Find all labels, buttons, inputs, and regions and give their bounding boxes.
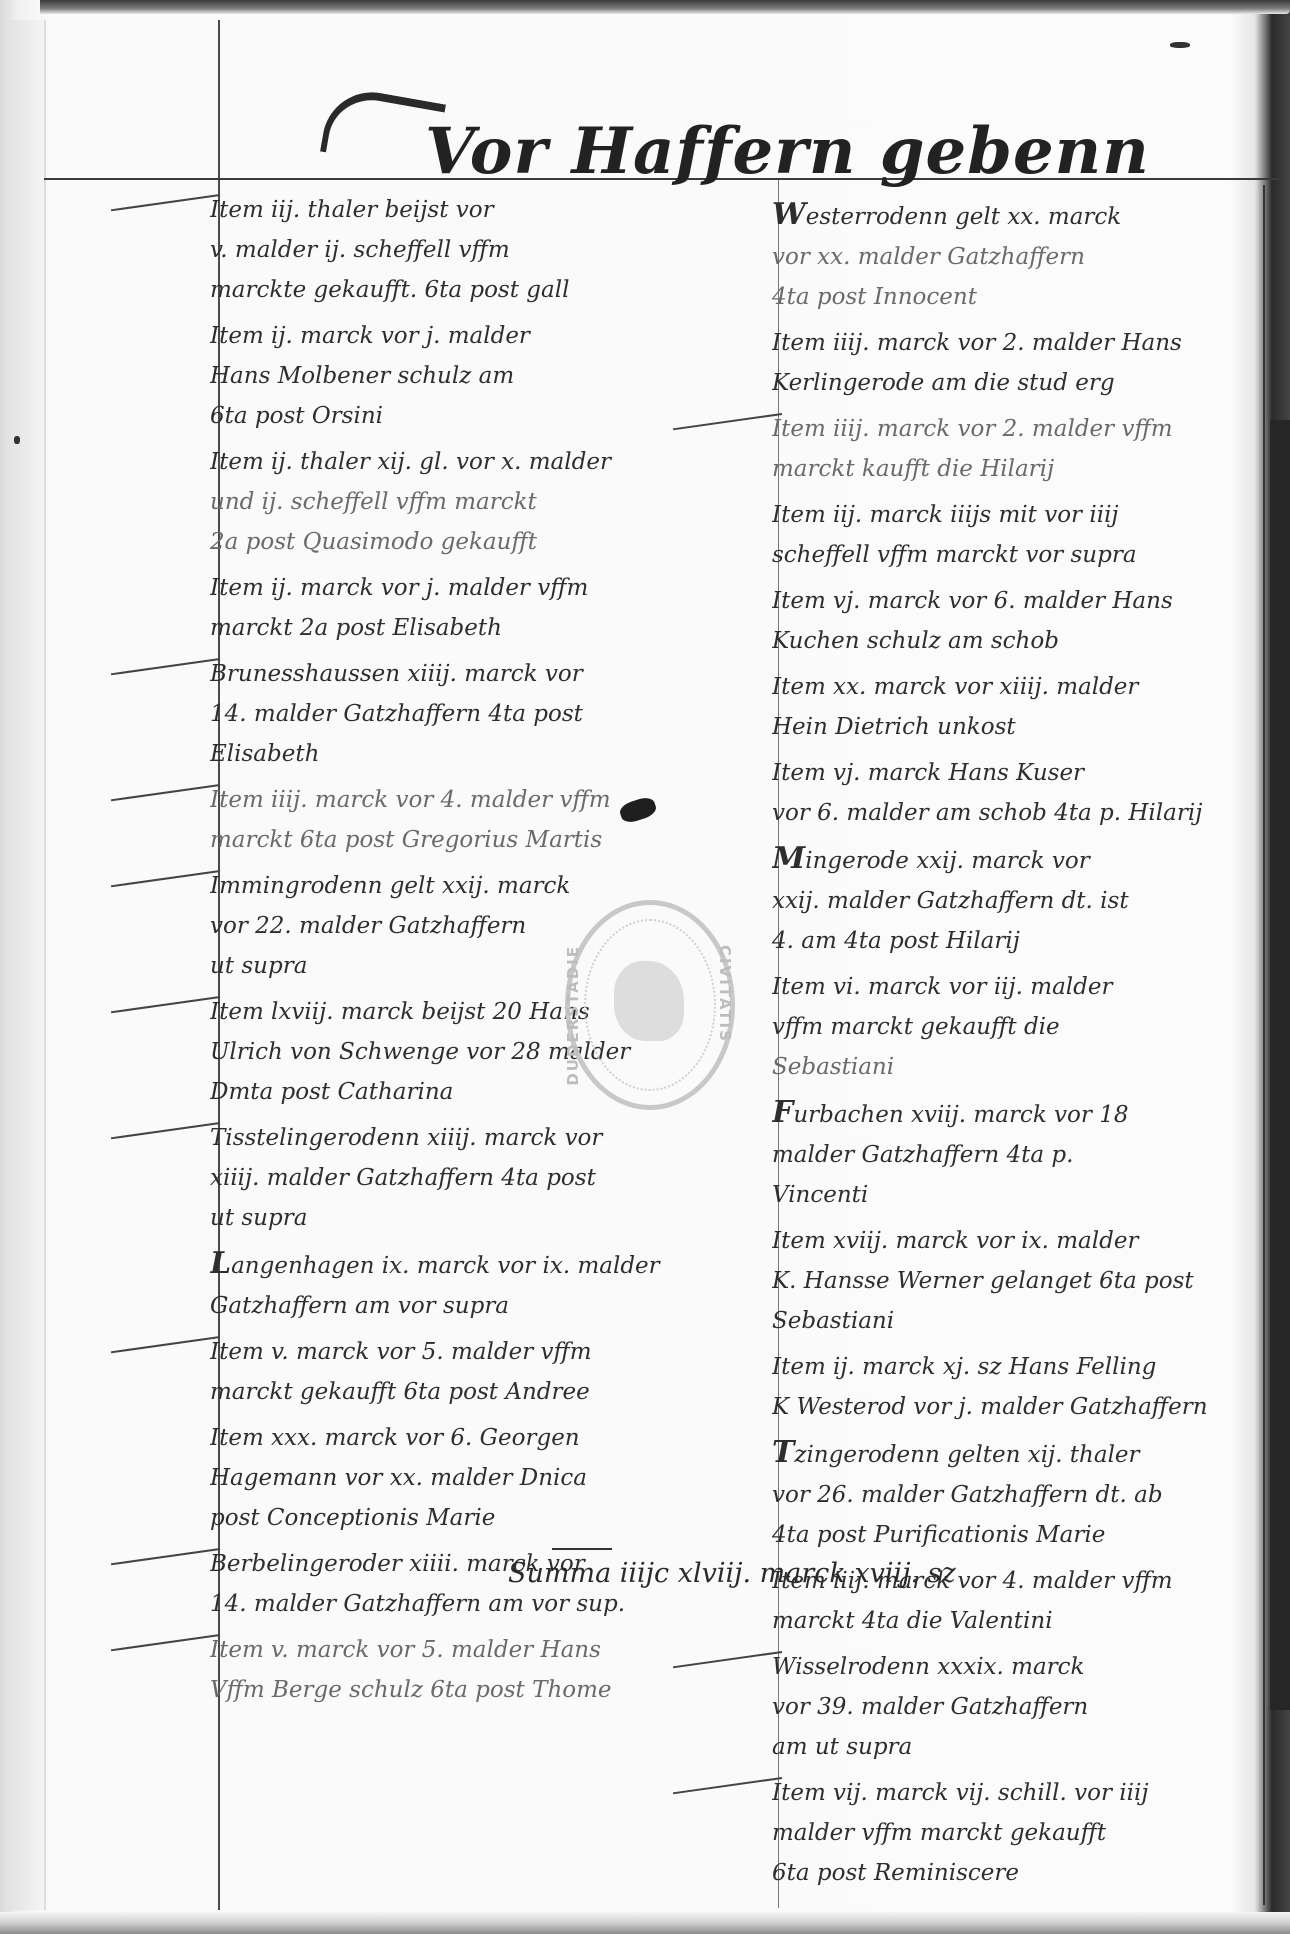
ledger-entry: Tzingerodenn gelten xij. thaler vor 26. … <box>772 1433 1252 1555</box>
ledger-entry: Item v. marck vor 5. malder vffm marckt … <box>210 1332 750 1412</box>
entry-line: Item xviij. marck vor ix. malder <box>772 1221 1252 1261</box>
summary-total: Summa iiijc xlviij. marck xviij. sz <box>508 1558 1068 1589</box>
entry-line: Item xxx. marck vor 6. Georgen <box>210 1418 750 1458</box>
entry-line: Furbachen xviij. marck vor 18 <box>772 1093 1252 1135</box>
ledger-entry: Item ij. marck vor j. malder Hans Molben… <box>210 316 750 436</box>
entry-line: Westerrodenn gelt xx. marck <box>772 195 1252 237</box>
entry-line: Vffm Berge schulz 6ta post Thome <box>210 1670 750 1710</box>
entry-line: Item vj. marck vor 6. malder Hans <box>772 581 1252 621</box>
page-left-fold <box>8 20 46 1910</box>
entry-line: scheffell vffm marckt vor supra <box>772 535 1252 575</box>
entry-line: marckt 4ta die Valentini <box>772 1601 1252 1641</box>
entry-line: am ut supra <box>772 1727 1252 1767</box>
page-heading: Vor Haffern gebenn <box>335 100 995 190</box>
ledger-entry: Item xx. marck vor xiiij. malder Hein Di… <box>772 667 1252 747</box>
entry-line: Item ij. marck vor j. malder vffm <box>210 568 750 608</box>
entry-line: K Westerod vor j. malder Gatzhaffern <box>772 1387 1252 1427</box>
entry-line: 6ta post Reminiscere <box>772 1853 1252 1893</box>
entry-line: und ij. scheffell vffm marckt <box>210 482 750 522</box>
ledger-entry: Item ij. thaler xij. gl. vor x. malder u… <box>210 442 750 562</box>
entry-line: Mingerode xxij. marck vor <box>772 839 1252 881</box>
entry-line: Item iij. marck iiijs mit vor iiij <box>772 495 1252 535</box>
margin-stroke <box>111 658 220 675</box>
entry-line: marckt 2a post Elisabeth <box>210 608 750 648</box>
entry-line: Item v. marck vor 5. malder vffm <box>210 1332 750 1372</box>
entry-line: malder vffm marckt gekaufft <box>772 1813 1252 1853</box>
entry-line: Vincenti <box>772 1175 1252 1215</box>
entry-line: 4ta post Purificationis Marie <box>772 1515 1252 1555</box>
entry-line: 14. malder Gatzhaffern am vor sup. <box>210 1584 750 1624</box>
ledger-entry: Item iij. thaler beijst vor v. malder ij… <box>210 190 750 310</box>
entry-line: marckte gekaufft. 6ta post gall <box>210 270 750 310</box>
entry-line: Kerlingerode am die stud erg <box>772 363 1252 403</box>
ledger-entry: Brunesshaussen xiiij. marck vor 14. mald… <box>210 654 750 774</box>
ledger-entry: Item xviij. marck vor ix. malder K. Hans… <box>772 1221 1252 1341</box>
abbreviation-bar <box>552 1548 612 1550</box>
entry-line: Item iiij. marck vor 4. malder vffm <box>210 780 750 820</box>
entry-line: Wisselrodenn xxxix. marck <box>772 1647 1252 1687</box>
ledger-entry: Item v. marck vor 5. malder Hans Vffm Be… <box>210 1630 750 1710</box>
ledger-entry: Item iij. marck iiijs mit vor iiij schef… <box>772 495 1252 575</box>
page-top-edge <box>40 0 1290 14</box>
stamp-legend-right: CIVITATIS <box>714 945 734 1043</box>
entry-line: Item iij. thaler beijst vor <box>210 190 750 230</box>
ledger-entry: Westerrodenn gelt xx. marck vor xx. mald… <box>772 195 1252 317</box>
margin-stroke <box>111 1634 220 1651</box>
entry-line: Gatzhaffern am vor supra <box>210 1286 750 1326</box>
entry-line: vor xx. malder Gatzhaffern <box>772 237 1252 277</box>
margin-stroke <box>111 194 220 211</box>
right-margin-rule <box>1263 185 1265 1905</box>
entry-line: Hein Dietrich unkost <box>772 707 1252 747</box>
ledger-entry: Item xxx. marck vor 6. Georgen Hagemann … <box>210 1418 750 1538</box>
entry-line: Item iiij. marck vor 2. malder Hans <box>772 323 1252 363</box>
entry-line: vor 26. malder Gatzhaffern dt. ab <box>772 1475 1252 1515</box>
entry-line: Hans Molbener schulz am <box>210 356 750 396</box>
entry-line: 2a post Quasimodo gekaufft <box>210 522 750 562</box>
summary-text: Summa iiijc xlviij. marck xviij. sz <box>508 1558 956 1589</box>
entry-line: v. malder ij. scheffell vffm <box>210 230 750 270</box>
entry-line: post Conceptionis Marie <box>210 1498 750 1538</box>
manuscript-page: Vor Haffern gebenn Item iij. thaler beij… <box>0 0 1290 1934</box>
entry-line: 14. malder Gatzhaffern 4ta post <box>210 694 750 734</box>
entry-line: vor 39. malder Gatzhaffern <box>772 1687 1252 1727</box>
margin-stroke <box>111 1122 220 1139</box>
entry-line: Item ij. marck vor j. malder <box>210 316 750 356</box>
ledger-entry: Item iiij. marck vor 4. malder vffm marc… <box>210 780 750 860</box>
ledger-entry: Item iiij. marck vor 2. malder Hans Kerl… <box>772 323 1252 403</box>
lion-emblem-icon <box>614 961 684 1041</box>
entry-line: Sebastiani <box>772 1301 1252 1341</box>
ledger-entry: Item ij. marck xj. sz Hans Felling K Wes… <box>772 1347 1252 1427</box>
entry-line: Item vij. marck vij. schill. vor iiij <box>772 1773 1252 1813</box>
entry-line: Langenhagen ix. marck vor ix. malder <box>210 1244 750 1286</box>
entry-line: ut supra <box>210 1198 750 1238</box>
ledger-entry: Tisstelingerodenn xiiij. marck vor xiiij… <box>210 1118 750 1238</box>
ledger-entry: Item vj. marck vor 6. malder Hans Kuchen… <box>772 581 1252 661</box>
entry-line: Immingrodenn gelt xxij. marck <box>210 866 750 906</box>
entry-line: vffm marckt gekaufft die <box>772 1007 1252 1047</box>
margin-stroke <box>111 1548 220 1565</box>
entry-line: xiiij. malder Gatzhaffern 4ta post <box>210 1158 750 1198</box>
ink-spot <box>1170 42 1190 48</box>
entry-line: Hagemann vor xx. malder Dnica <box>210 1458 750 1498</box>
margin-stroke <box>673 1777 782 1794</box>
entry-line: Brunesshaussen xiiij. marck vor <box>210 654 750 694</box>
margin-stroke <box>111 996 220 1013</box>
margin-stroke <box>111 784 220 801</box>
stamp-legend-left: DUDERSTADIE <box>564 945 584 1086</box>
ledger-entry: Item vi. marck vor iij. malder vffm marc… <box>772 967 1252 1087</box>
entry-line: Item v. marck vor 5. malder Hans <box>210 1630 750 1670</box>
entry-line: Item xx. marck vor xiiij. malder <box>772 667 1252 707</box>
entry-line: malder Gatzhaffern 4ta p. <box>772 1135 1252 1175</box>
binding-edge <box>1270 420 1290 1710</box>
page-bottom-edge <box>0 1912 1290 1934</box>
entry-line: Elisabeth <box>210 734 750 774</box>
entry-line: 4ta post Innocent <box>772 277 1252 317</box>
ink-spot <box>14 436 20 444</box>
entry-line: vor 6. malder am schob 4ta p. Hilarij <box>772 793 1252 833</box>
entry-line: Sebastiani <box>772 1047 1252 1087</box>
entry-line: Item ij. thaler xij. gl. vor x. malder <box>210 442 750 482</box>
entry-line: Tisstelingerodenn xiiij. marck vor <box>210 1118 750 1158</box>
entry-line: Item iiij. marck vor 2. malder vffm <box>772 409 1252 449</box>
ledger-entry: Item ij. marck vor j. malder vffm marckt… <box>210 568 750 648</box>
entry-line: Item vi. marck vor iij. malder <box>772 967 1252 1007</box>
entry-line: Item ij. marck xj. sz Hans Felling <box>772 1347 1252 1387</box>
entry-line: K. Hansse Werner gelanget 6ta post <box>772 1261 1252 1301</box>
ledger-entry: Mingerode xxij. marck vor xxij. malder G… <box>772 839 1252 961</box>
ledger-entry: Wisselrodenn xxxix. marck vor 39. malder… <box>772 1647 1252 1767</box>
margin-stroke <box>111 870 220 887</box>
entry-line: marckt kaufft die Hilarij <box>772 449 1252 489</box>
entry-line: 6ta post Orsini <box>210 396 750 436</box>
margin-stroke <box>111 1336 220 1353</box>
ledger-entry: Item iiij. marck vor 2. malder vffm marc… <box>772 409 1252 489</box>
entry-line: marckt 6ta post Gregorius Martis <box>210 820 750 860</box>
entry-line: Item vj. marck Hans Kuser <box>772 753 1252 793</box>
entry-line: 4. am 4ta post Hilarij <box>772 921 1252 961</box>
ledger-entry: Item vj. marck Hans Kuser vor 6. malder … <box>772 753 1252 833</box>
entry-line: xxij. malder Gatzhaffern dt. ist <box>772 881 1252 921</box>
ledger-entry: Langenhagen ix. marck vor ix. malder Gat… <box>210 1244 750 1326</box>
archive-stamp: DUDERSTADIE CIVITATIS <box>565 900 735 1110</box>
ledger-entry: Item vij. marck vij. schill. vor iiij ma… <box>772 1773 1252 1893</box>
ledger-entry: Furbachen xviij. marck vor 18 malder Gat… <box>772 1093 1252 1215</box>
right-column: Westerrodenn gelt xx. marck vor xx. mald… <box>772 195 1252 1899</box>
entry-line: marckt gekaufft 6ta post Andree <box>210 1372 750 1412</box>
entry-line: Tzingerodenn gelten xij. thaler <box>772 1433 1252 1475</box>
entry-line: Kuchen schulz am schob <box>772 621 1252 661</box>
heading-text: Vor Haffern gebenn <box>425 114 1150 189</box>
